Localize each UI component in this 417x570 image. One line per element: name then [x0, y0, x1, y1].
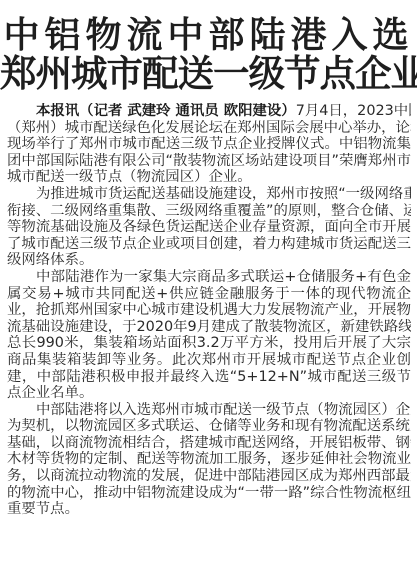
text-line: 城市配送一级节点（物流园区）企业。	[7, 169, 411, 186]
text-line: （郑州）城市配送绿色化发展论坛在郑州国际会展中心举办，论坛	[7, 120, 411, 137]
article-body: 本报讯（记者 武建玲 通讯员 欧阳建设）7月4日，2023中国 （郑州）城市配送…	[7, 103, 411, 518]
text-line: 本报讯（记者 武建玲 通讯员 欧阳建设）7月4日，2023中国	[7, 103, 411, 120]
text-line: 点企业名单。	[7, 385, 411, 402]
text-line: 重要节点。	[7, 501, 411, 518]
paragraph-2: 为推进城市货运配送基础设施建设，郑州市按照“一级网络重 衔接、二级网络重集散、三…	[7, 186, 411, 269]
paragraph-1: 本报讯（记者 武建玲 通讯员 欧阳建设）7月4日，2023中国 （郑州）城市配送…	[7, 103, 411, 186]
text-line: 基础，以商流物流相结合，搭建城市配送网络，开展铝板带、钢铁、	[7, 435, 411, 452]
text-line: 中部陆港作为一家集大宗商品多式联运+仓储服务+有色金	[7, 269, 411, 286]
text-line: 中部陆港将以入选郑州市城市配送一级节点（物流园区）企业	[7, 402, 411, 419]
text-line: 团中部国际陆港有限公司“散装物流区场站建设项目”荣膺郑州市	[7, 153, 411, 170]
byline: 本报讯（记者 武建玲 通讯员 欧阳建设）	[36, 103, 296, 119]
text-line: 流基础设施建设，于2020年9月建成了散装物流区，新建铁路线	[7, 319, 411, 336]
text-line: 商品集装箱装卸等业务。此次郑州市开展城市配送节点企业创	[7, 352, 411, 369]
text-line: 属交易+城市共同配送+供应链金融服务于一体的现代物流企	[7, 286, 411, 303]
text-line: 现场举行了郑州市城市配送三级节点企业授牌仪式。中铝物流集	[7, 136, 411, 153]
text-line: 级网络体系。	[7, 252, 411, 269]
text-line: 衔接、二级网络重集散、三级网络重覆盖”的原则，整合仓储、运输	[7, 203, 411, 220]
text-line: 业，抢抓郑州国家中心城市建设机遇大力发展物流产业，开展物	[7, 302, 411, 319]
text-line: 等物流基础设施及各绿色货运配送企业存量资源，面向全市开展	[7, 219, 411, 236]
text-line: 为契机，以物流园区多式联运、仓储等业务和现有物流配送系统为	[7, 418, 411, 435]
text-line: 为推进城市货运配送基础设施建设，郑州市按照“一级网络重	[7, 186, 411, 203]
text-line: 的物流中心，推动中铝物流建设成为“一带一路”综合性物流枢纽	[7, 485, 411, 502]
text-line: 建，中部陆港积极申报并最终入选“5+12+N”城市配送三级节	[7, 369, 411, 386]
text-line: 了城市配送三级节点企业或项目创建，着力构建城市货运配送三	[7, 236, 411, 253]
headline-line-1: 中铝物流中部陆港入选	[0, 17, 417, 55]
dateline: 7月4日，2023中国	[296, 103, 411, 119]
paragraph-4: 中部陆港将以入选郑州市城市配送一级节点（物流园区）企业 为契机，以物流园区多式联…	[7, 402, 411, 518]
headline-line-2: 郑州城市配送一级节点企业	[0, 55, 417, 93]
paragraph-3: 中部陆港作为一家集大宗商品多式联运+仓储服务+有色金 属交易+城市共同配送+供应…	[7, 269, 411, 402]
text-line: 务，以商流拉动物流的发展，促进中部陆港园区成为郑州西部最大	[7, 468, 411, 485]
text-line: 总长990米，集装箱场站面积3.2万平方米，投用后开展了大宗	[7, 335, 411, 352]
text-line: 木材等货物的定制、配送等物流加工服务，逐步延伸社会物流业	[7, 451, 411, 468]
